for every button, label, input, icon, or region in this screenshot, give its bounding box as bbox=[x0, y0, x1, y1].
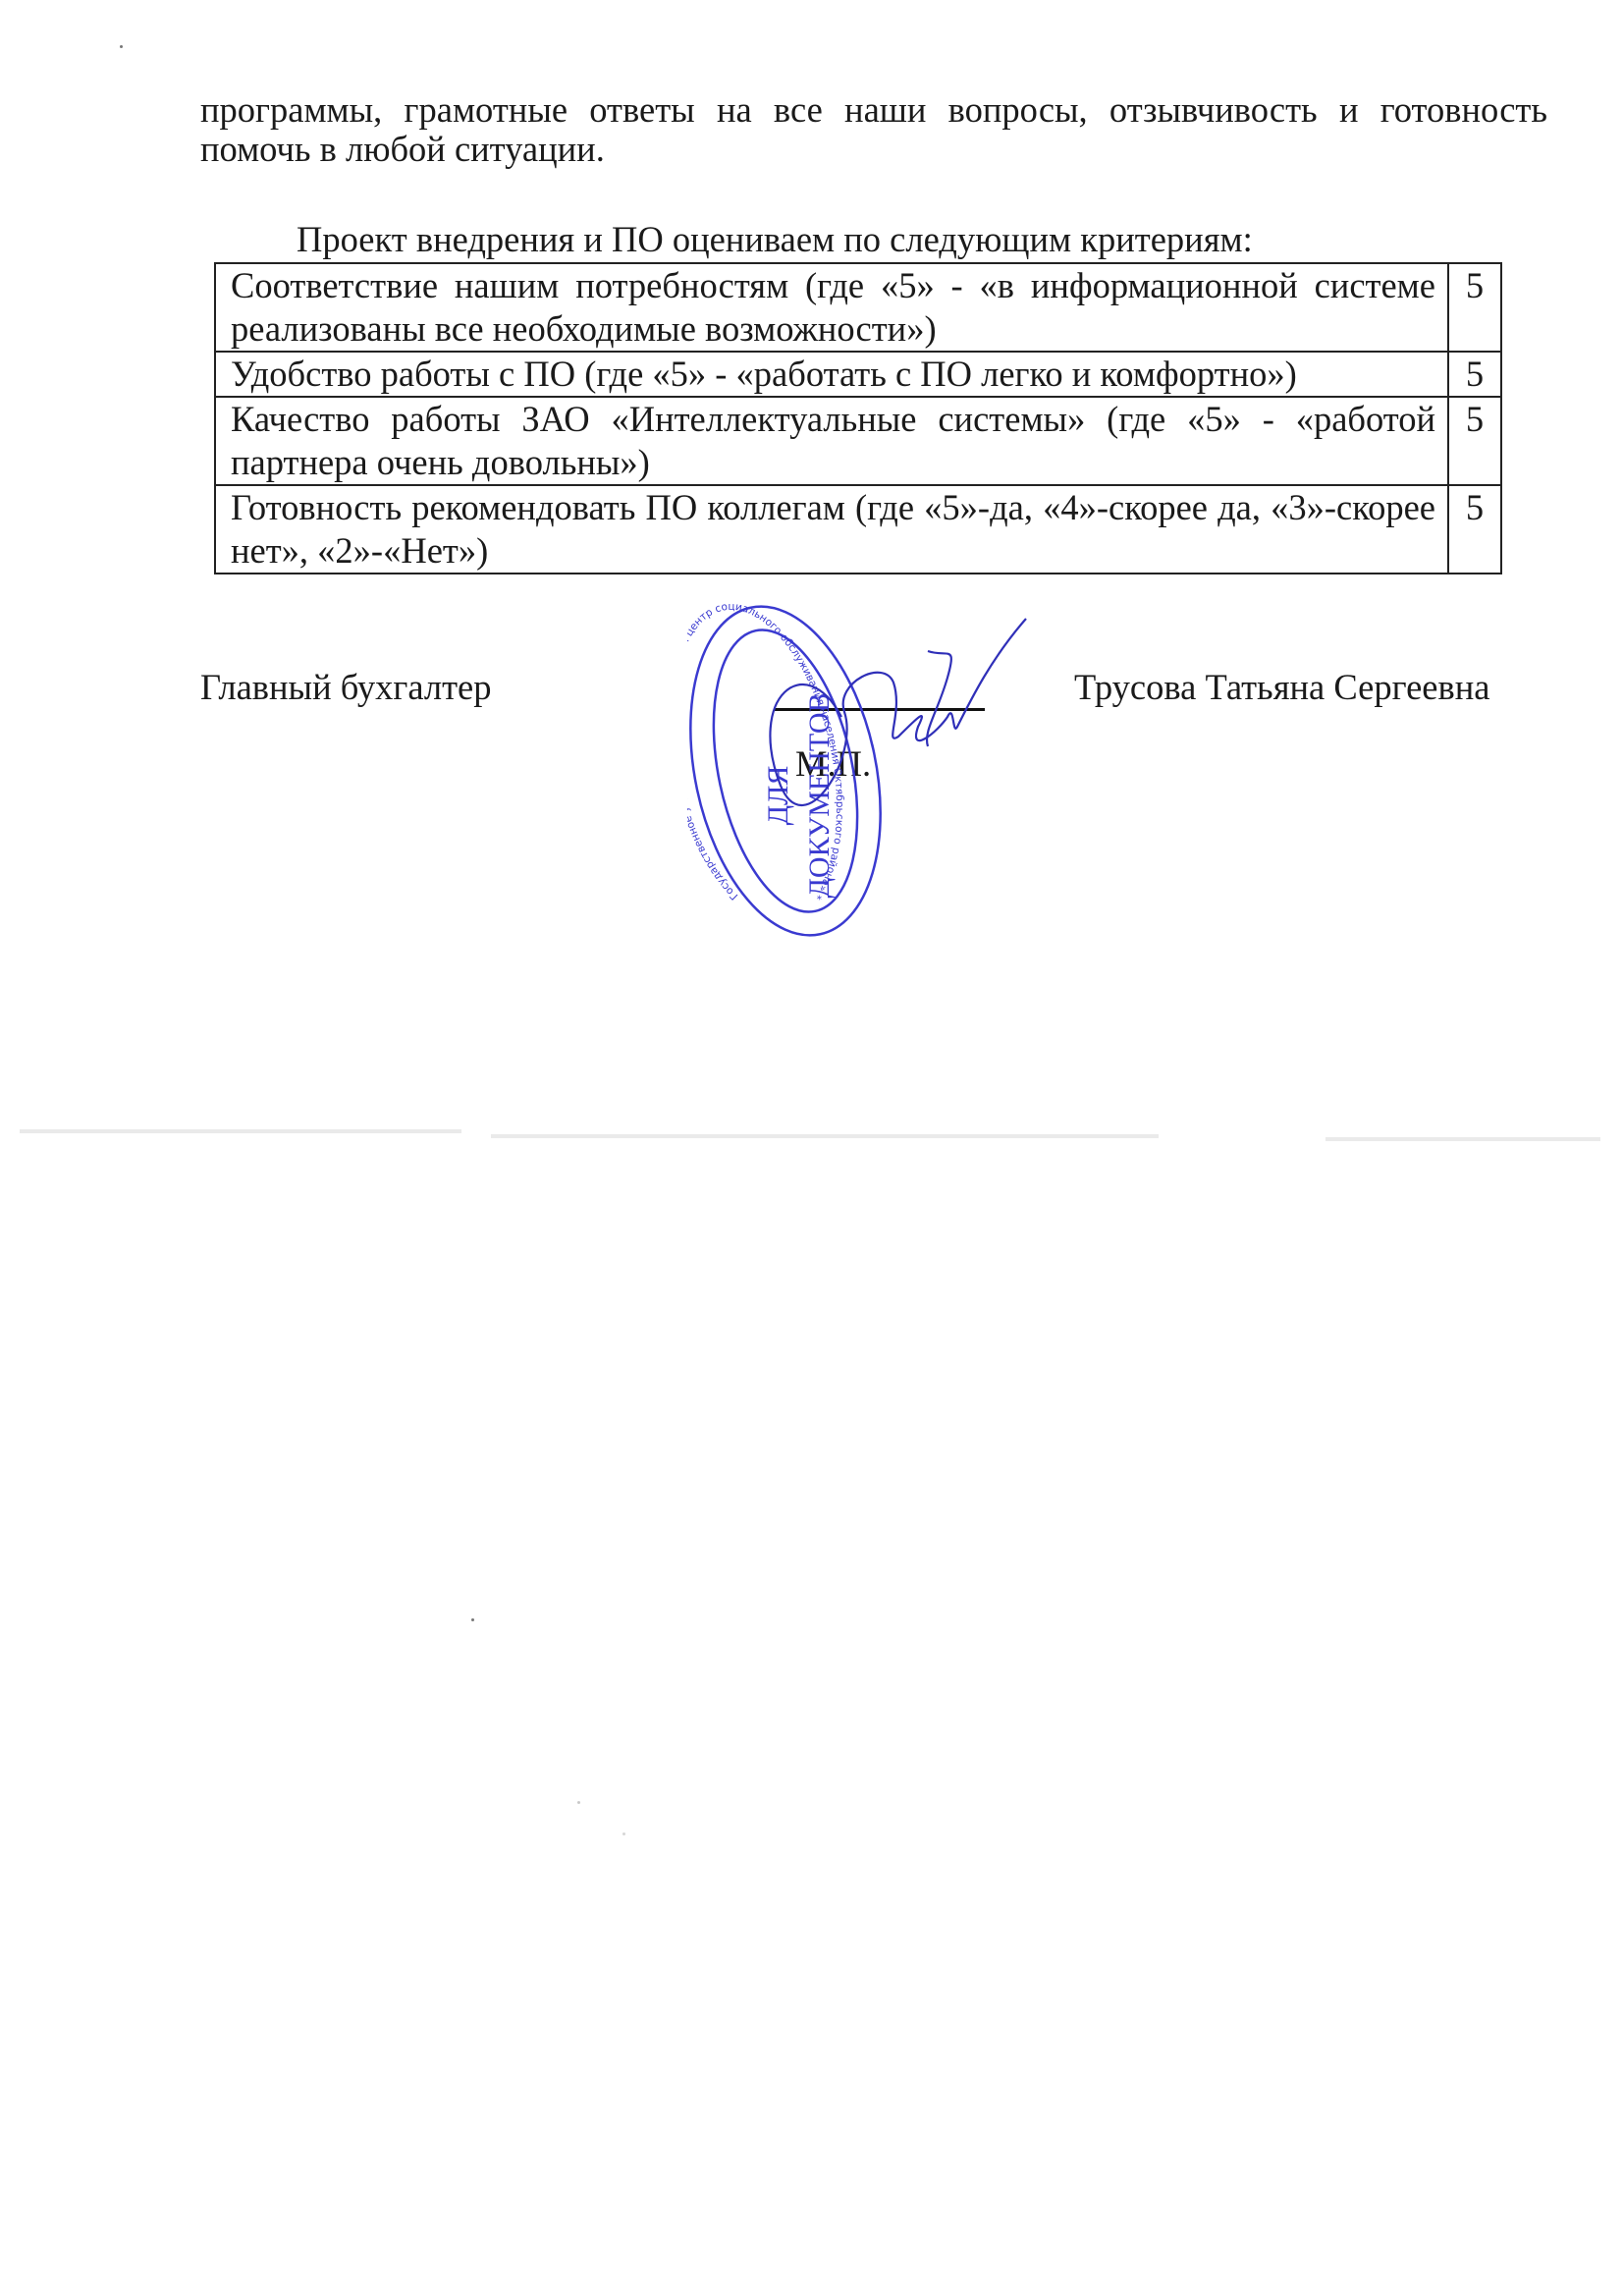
paragraph-line-1: программы, грамотные ответы на все наши … bbox=[200, 90, 1547, 130]
table-row: Соответствие нашим потребностям (где «5»… bbox=[215, 263, 1501, 352]
scan-speck bbox=[577, 1801, 580, 1804]
scan-speck bbox=[471, 1618, 474, 1621]
table-row: Удобство работы с ПО (где «5» - «работат… bbox=[215, 352, 1501, 397]
signatory-position: Главный бухгалтер bbox=[200, 668, 492, 707]
svg-text:ДЛЯ: ДЛЯ bbox=[762, 766, 794, 826]
seal-placeholder-label: М.П. bbox=[795, 744, 871, 784]
scan-artifact bbox=[491, 1134, 1159, 1138]
svg-text:ДОКУМЕНТОВ: ДОКУМЕНТОВ bbox=[803, 692, 836, 898]
paragraph-line-2: помочь в любой ситуации. bbox=[200, 130, 1547, 169]
signatory-name: Трусова Татьяна Сергеевна bbox=[1074, 668, 1489, 707]
official-stamp: Государственное учреждение «Территориаль… bbox=[687, 589, 1100, 962]
criterion-cell: Соответствие нашим потребностям (где «5»… bbox=[215, 263, 1448, 352]
score-cell: 5 bbox=[1448, 397, 1501, 485]
score-cell: 5 bbox=[1448, 263, 1501, 352]
scan-speck bbox=[622, 1832, 625, 1835]
paragraph-continuation: программы, грамотные ответы на все наши … bbox=[200, 90, 1547, 169]
criterion-cell: Готовность рекомендовать ПО коллегам (гд… bbox=[215, 485, 1448, 574]
scan-artifact bbox=[20, 1129, 461, 1133]
table-row: Качество работы ЗАО «Интеллектуальные си… bbox=[215, 397, 1501, 485]
score-cell: 5 bbox=[1448, 352, 1501, 397]
document-page: программы, грамотные ответы на все наши … bbox=[0, 0, 1623, 2296]
score-cell: 5 bbox=[1448, 485, 1501, 574]
criteria-intro: Проект внедрения и ПО оцениваем по следу… bbox=[297, 220, 1253, 259]
criterion-cell: Качество работы ЗАО «Интеллектуальные си… bbox=[215, 397, 1448, 485]
criterion-cell: Удобство работы с ПО (где «5» - «работат… bbox=[215, 352, 1448, 397]
signature-line bbox=[774, 708, 985, 711]
scan-artifact bbox=[1325, 1137, 1600, 1141]
table-row: Готовность рекомендовать ПО коллегам (гд… bbox=[215, 485, 1501, 574]
criteria-table: Соответствие нашим потребностям (где «5»… bbox=[214, 262, 1502, 574]
scan-speck bbox=[120, 45, 123, 48]
